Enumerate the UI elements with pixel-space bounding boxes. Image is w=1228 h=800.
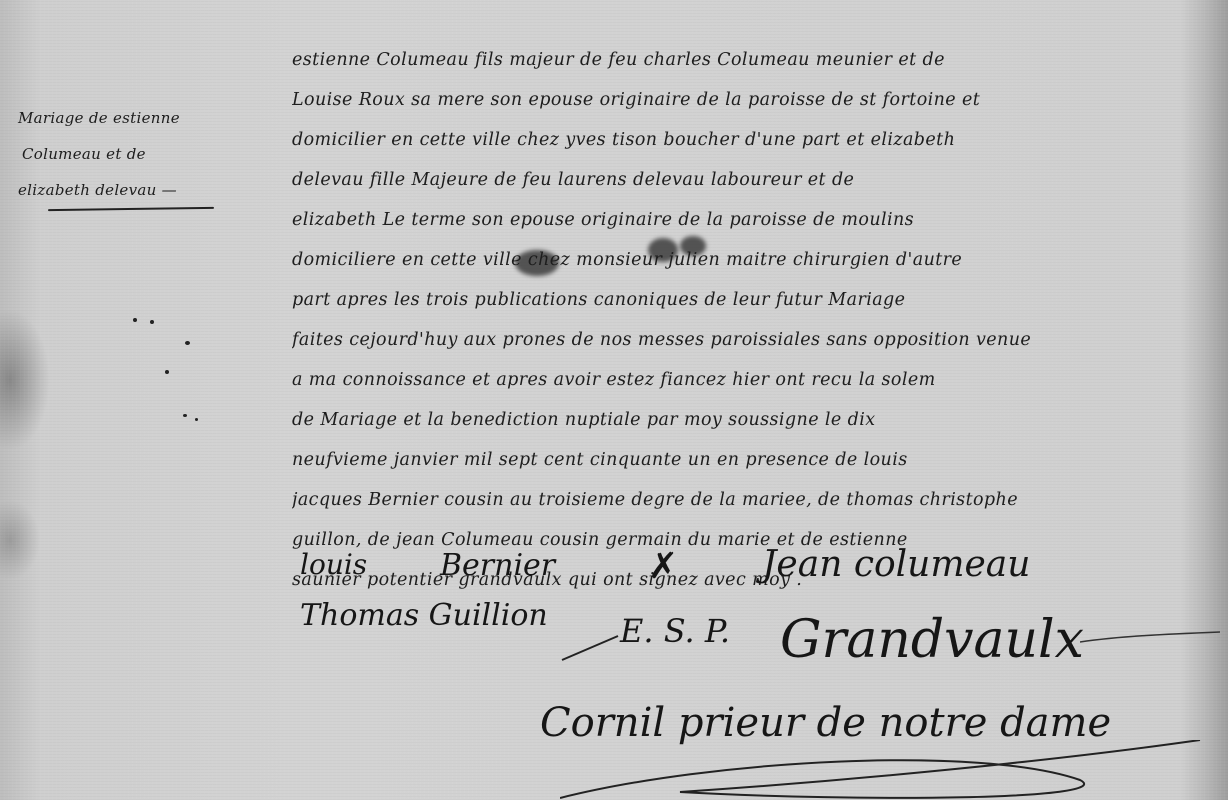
grandvaulx-flourish-icon: [1080, 628, 1220, 648]
signature-bernier: Bernier: [440, 548, 555, 583]
signature-flourish-icon: [560, 740, 1210, 800]
guillon-underline-icon: [560, 632, 620, 662]
signatures-block: louis Bernier ✗ Jean columeau Thomas Gui…: [0, 0, 1228, 800]
document-page: Mariage de estienne Columeau et de eliza…: [0, 0, 1228, 800]
signature-louis: louis: [300, 548, 367, 581]
signature-thomas-guillon: Thomas Guillion: [300, 598, 548, 633]
signature-grandvaulx: Grandvaulx: [780, 610, 1084, 670]
signature-esp: E. S. P.: [620, 612, 730, 650]
signature-mark-icon: ✗: [648, 546, 678, 587]
signature-jean-columeau: Jean columeau: [762, 544, 1030, 585]
